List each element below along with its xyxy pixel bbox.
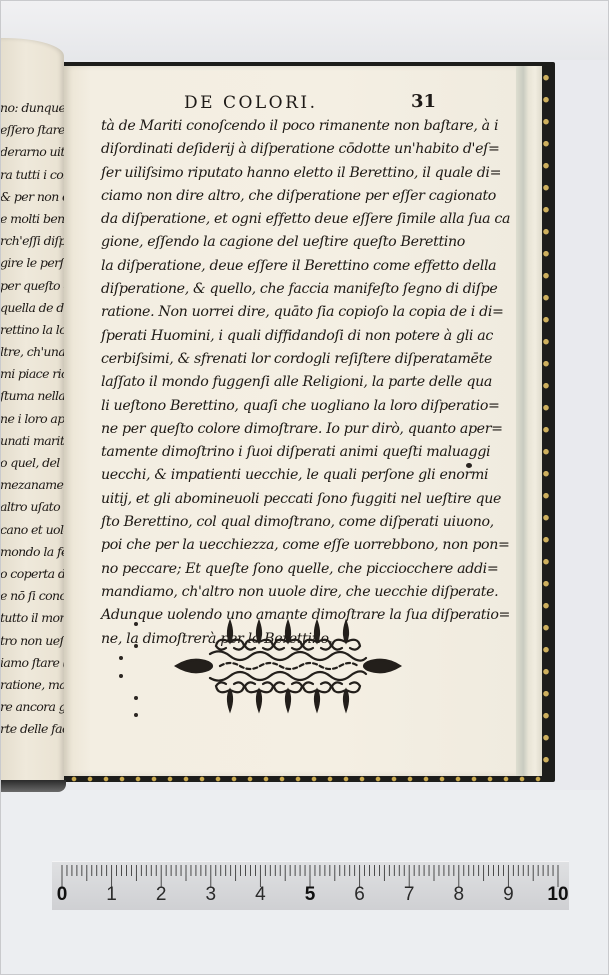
text-line-fragment: rch'eſſi diſpera=	[0, 230, 64, 252]
text-line-fragment: ſtuma nella gran	[0, 385, 64, 407]
text-line: ſto Berettino, col qual dimoſtrano, come…	[101, 511, 501, 534]
text-line: ciamo non dire altro, che diſperatione p…	[101, 185, 501, 208]
text-line-fragment: unati mariti nel	[0, 430, 64, 452]
text-line-fragment: mi piace ricor=	[0, 363, 64, 385]
text-line-fragment: cano et uolendo	[0, 519, 64, 541]
ruler-label: 7	[404, 884, 415, 906]
text-line: ratione. Non uorrei dire, quāto ſia copi…	[101, 301, 501, 324]
text-line-fragment: mezanamente	[0, 474, 64, 496]
right-page: DE COLORI. 31 tà de Mariti conoſcendo il…	[64, 66, 516, 776]
text-line-fragment: mondo la ferro	[0, 541, 64, 563]
text-line-fragment: e molti ben co=	[0, 208, 64, 230]
text-line: tà de Mariti conoſcendo il poco rimanent…	[101, 115, 501, 138]
text-line: gione, eſſendo la cagione del ueſtire qu…	[101, 231, 501, 254]
text-line: poi che per la uecchiezza, come eſſe uor…	[101, 534, 501, 557]
dot	[119, 674, 123, 678]
text-line-fragment: o coperta de uo	[0, 563, 64, 585]
decorative-dots	[132, 622, 142, 722]
text-line: mandiamo, ch'altro non uuole dire, che u…	[101, 581, 501, 604]
fleuron-ornament-icon	[174, 618, 402, 714]
text-line-fragment: derarno uita ſo	[0, 141, 64, 163]
text-line-fragment: ra tutti i colori	[0, 164, 64, 186]
ruler-label: 1	[106, 884, 117, 906]
text-line-fragment: no: dunque noi	[0, 97, 64, 119]
text-line-fragment: rte delle facole	[0, 718, 64, 740]
left-cover-edge	[0, 780, 66, 792]
text-line-fragment: quella de deſpe=	[0, 297, 64, 319]
gilt-edge-tooling-bottom	[66, 776, 544, 782]
text-line: diſordinati deſiderij à diſperatione cōd…	[101, 138, 501, 161]
text-line: uecchi, & impatienti uecchie, le quali p…	[101, 464, 501, 487]
text-line-fragment: tro non ueſtono	[0, 630, 64, 652]
ruler-label: 0	[57, 884, 68, 906]
text-line: cerbiſsimi, & sfrenati lor cordogli reſi…	[101, 348, 501, 371]
text-line: ne per queſto colore dimoſtrare. Io pur …	[101, 418, 501, 441]
text-line-fragment: gire le perſecu=	[0, 252, 64, 274]
text-line: tamente dimoſtrino i ſuoi diſperati anim…	[101, 441, 501, 464]
text-line: li ueſtono Berettino, quaſi che uogliano…	[101, 395, 501, 418]
text-line: laſſato il mondo fuggenſi alle Religioni…	[101, 371, 501, 394]
marginal-mark	[466, 463, 472, 468]
text-line: diſperatione, & quello, che faccia manif…	[101, 278, 501, 301]
text-line-fragment: & per non eſſer	[0, 186, 64, 208]
text-line-fragment: per queſto colà	[0, 275, 64, 297]
ruler-label: 9	[503, 884, 514, 906]
backdrop-top	[0, 0, 609, 60]
ruler-label: 2	[156, 884, 167, 906]
dot	[134, 644, 138, 648]
text-line-fragment: e nō ſi conoſca,	[0, 585, 64, 607]
dot	[134, 713, 138, 717]
text-line: ſer uiliſsimo riputato hanno eletto il B…	[101, 162, 501, 185]
text-line-fragment: re ancora già ſi	[0, 696, 64, 718]
left-page-text: no: dunque noieſſero ſtare, conderarno u…	[0, 97, 64, 740]
text-line: ſperati Huomini, i quali diffidandoſi di…	[101, 325, 501, 348]
page-number: 31	[411, 91, 436, 112]
dot	[119, 656, 123, 660]
text-line-fragment: iamo ſtare (co=	[0, 652, 64, 674]
running-head: DE COLORI.	[184, 93, 318, 113]
text-line-fragment: ltre, ch'una mia	[0, 341, 64, 363]
ruler-label: 8	[454, 884, 465, 906]
text-line-fragment: tutto il mondo	[0, 607, 64, 629]
text-line: da diſperatione, et ogni effetto deue eſ…	[101, 208, 501, 231]
ruler-label: 10	[547, 884, 568, 906]
text-line: la diſperatione, deue eſſere il Berettin…	[101, 255, 501, 278]
text-line-fragment: rettino la lor diſ	[0, 319, 64, 341]
text-line-fragment: o quel, del qua	[0, 452, 64, 474]
left-page: no: dunque noieſſero ſtare, conderarno u…	[0, 38, 64, 790]
ruler-label: 4	[255, 884, 266, 906]
text-line-fragment: ne i loro apeti	[0, 408, 64, 430]
ruler-label: 3	[206, 884, 217, 906]
text-line: uitij, et gli abomineuoli peccati ſono f…	[101, 488, 501, 511]
ruler-label: 6	[354, 884, 365, 906]
text-line: no peccare; Et queſte ſono quelle, che p…	[101, 558, 501, 581]
gilt-edge-tooling-right	[541, 70, 551, 775]
text-line-fragment: altro uſato no	[0, 496, 64, 518]
ruler-label: 5	[305, 884, 316, 906]
page-text: tà de Mariti conoſcendo il poco rimanent…	[101, 115, 501, 651]
dot	[134, 622, 138, 626]
scale-ruler: 012345678910	[52, 861, 569, 910]
dot	[134, 696, 138, 700]
text-line-fragment: ratione, ma die	[0, 674, 64, 696]
text-line-fragment: eſſero ſtare, con	[0, 119, 64, 141]
